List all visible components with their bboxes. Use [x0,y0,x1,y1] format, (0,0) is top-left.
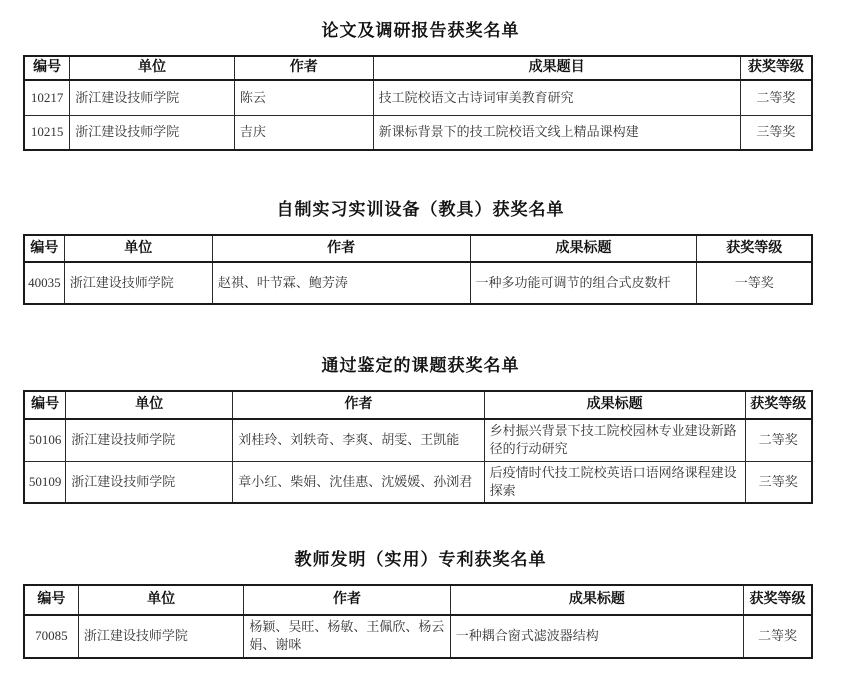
header-cell-unit-cell: 单位 [64,235,212,262]
unit-cell: 浙江建设技师学院 [70,80,235,115]
table-body: 70085浙江建设技师学院杨颖、吴旺、杨敏、王佩欣、杨云娟、谢咪一种耦合窗式滤波… [24,615,812,658]
result-title-cell: 乡村振兴背景下技工院校园林专业建设新路径的行动研究 [484,419,745,461]
award-section: 教师发明（实用）专利获奖名单 编号单位作者成果标题获奖等级 70085浙江建设技… [0,548,841,659]
header-cell-result-title-cell: 成果标题 [484,391,745,419]
unit-cell: 浙江建设技师学院 [64,262,212,304]
serial-number-cell: 50106 [24,419,66,461]
header-cell-result-title-cell: 成果标题 [470,235,697,262]
serial-number-cell: 70085 [24,615,78,658]
award-table: 编号单位作者成果题目获奖等级 10217浙江建设技师学院陈云技工院校语文古诗词审… [23,55,813,151]
award-table: 编号单位作者成果标题获奖等级 50106浙江建设技师学院刘桂玲、刘轶奇、李爽、胡… [23,390,813,504]
table-row: 10217浙江建设技师学院陈云技工院校语文古诗词审美教育研究二等奖 [24,80,812,115]
header-cell-award-grade-cell: 获奖等级 [745,391,812,419]
header-cell-serial-number-cell: 编号 [24,391,66,419]
result-title-cell: 一种多功能可调节的组合式皮数杆 [470,262,697,304]
award-table: 编号单位作者成果标题获奖等级 70085浙江建设技师学院杨颖、吴旺、杨敏、王佩欣… [23,584,813,659]
award-grade-cell: 一等奖 [697,262,812,304]
author-cell: 章小红、柴娟、沈佳惠、沈媛媛、孙浏君 [233,461,484,503]
award-grade-cell: 二等奖 [740,80,812,115]
header-cell-author-cell: 作者 [233,391,484,419]
header-cell-author-cell: 作者 [234,56,373,80]
header-cell-serial-number-cell: 编号 [24,56,70,80]
award-section: 自制实习实训设备（教具）获奖名单 编号单位作者成果标题获奖等级 40035浙江建… [0,198,841,305]
table-head: 编号单位作者成果标题获奖等级 [24,585,812,615]
header-cell-serial-number-cell: 编号 [24,235,64,262]
result-title-cell: 一种耦合窗式滤波器结构 [450,615,743,658]
table-row: 10215浙江建设技师学院吉庆新课标背景下的技工院校语文线上精品课构建三等奖 [24,115,812,150]
table-row: 50109浙江建设技师学院章小红、柴娟、沈佳惠、沈媛媛、孙浏君后疫情时代技工院校… [24,461,812,503]
table-body: 10217浙江建设技师学院陈云技工院校语文古诗词审美教育研究二等奖10215浙江… [24,80,812,150]
table-header-row: 编号单位作者成果标题获奖等级 [24,235,812,262]
document-page: 论文及调研报告获奖名单 编号单位作者成果题目获奖等级 10217浙江建设技师学院… [0,0,841,685]
table-head: 编号单位作者成果题目获奖等级 [24,56,812,80]
serial-number-cell: 50109 [24,461,66,503]
header-cell-result-title-cell: 成果标题 [450,585,743,615]
award-grade-cell: 二等奖 [745,419,812,461]
serial-number-cell: 40035 [24,262,64,304]
table-header-row: 编号单位作者成果标题获奖等级 [24,585,812,615]
table-body: 50106浙江建设技师学院刘桂玲、刘轶奇、李爽、胡雯、王凯能乡村振兴背景下技工院… [24,419,812,503]
author-cell: 陈云 [234,80,373,115]
unit-cell: 浙江建设技师学院 [70,115,235,150]
award-grade-cell: 二等奖 [743,615,812,658]
result-title-cell: 新课标背景下的技工院校语文线上精品课构建 [373,115,740,150]
table-row: 70085浙江建设技师学院杨颖、吴旺、杨敏、王佩欣、杨云娟、谢咪一种耦合窗式滤波… [24,615,812,658]
result-title-cell: 后疫情时代技工院校英语口语网络课程建设探索 [484,461,745,503]
table-body: 40035浙江建设技师学院赵祺、叶节霖、鲍芳涛一种多功能可调节的组合式皮数杆一等… [24,262,812,304]
award-table: 编号单位作者成果标题获奖等级 40035浙江建设技师学院赵祺、叶节霖、鲍芳涛一种… [23,234,813,305]
table-head: 编号单位作者成果标题获奖等级 [24,235,812,262]
header-cell-award-grade-cell: 获奖等级 [697,235,812,262]
serial-number-cell: 10217 [24,80,70,115]
table-header-row: 编号单位作者成果题目获奖等级 [24,56,812,80]
header-cell-unit-cell: 单位 [70,56,235,80]
serial-number-cell: 10215 [24,115,70,150]
author-cell: 吉庆 [234,115,373,150]
author-cell: 赵祺、叶节霖、鲍芳涛 [212,262,470,304]
table-row: 50106浙江建设技师学院刘桂玲、刘轶奇、李爽、胡雯、王凯能乡村振兴背景下技工院… [24,419,812,461]
award-grade-cell: 三等奖 [745,461,812,503]
header-cell-unit-cell: 单位 [66,391,233,419]
section-title: 教师发明（实用）专利获奖名单 [0,548,841,571]
header-cell-serial-number-cell: 编号 [24,585,78,615]
author-cell: 杨颖、吴旺、杨敏、王佩欣、杨云娟、谢咪 [244,615,450,658]
section-title: 通过鉴定的课题获奖名单 [0,354,841,377]
header-cell-author-cell: 作者 [244,585,450,615]
award-section: 通过鉴定的课题获奖名单 编号单位作者成果标题获奖等级 50106浙江建设技师学院… [0,354,841,504]
header-cell-result-title-cell: 成果题目 [373,56,740,80]
table-header-row: 编号单位作者成果标题获奖等级 [24,391,812,419]
unit-cell: 浙江建设技师学院 [66,419,233,461]
header-cell-award-grade-cell: 获奖等级 [743,585,812,615]
section-title: 自制实习实训设备（教具）获奖名单 [0,198,841,221]
result-title-cell: 技工院校语文古诗词审美教育研究 [373,80,740,115]
table-head: 编号单位作者成果标题获奖等级 [24,391,812,419]
award-grade-cell: 三等奖 [740,115,812,150]
header-cell-award-grade-cell: 获奖等级 [740,56,812,80]
header-cell-author-cell: 作者 [212,235,470,262]
unit-cell: 浙江建设技师学院 [66,461,233,503]
header-cell-unit-cell: 单位 [78,585,243,615]
section-title: 论文及调研报告获奖名单 [0,19,841,42]
unit-cell: 浙江建设技师学院 [78,615,243,658]
award-section: 论文及调研报告获奖名单 编号单位作者成果题目获奖等级 10217浙江建设技师学院… [0,0,841,151]
author-cell: 刘桂玲、刘轶奇、李爽、胡雯、王凯能 [233,419,484,461]
table-row: 40035浙江建设技师学院赵祺、叶节霖、鲍芳涛一种多功能可调节的组合式皮数杆一等… [24,262,812,304]
